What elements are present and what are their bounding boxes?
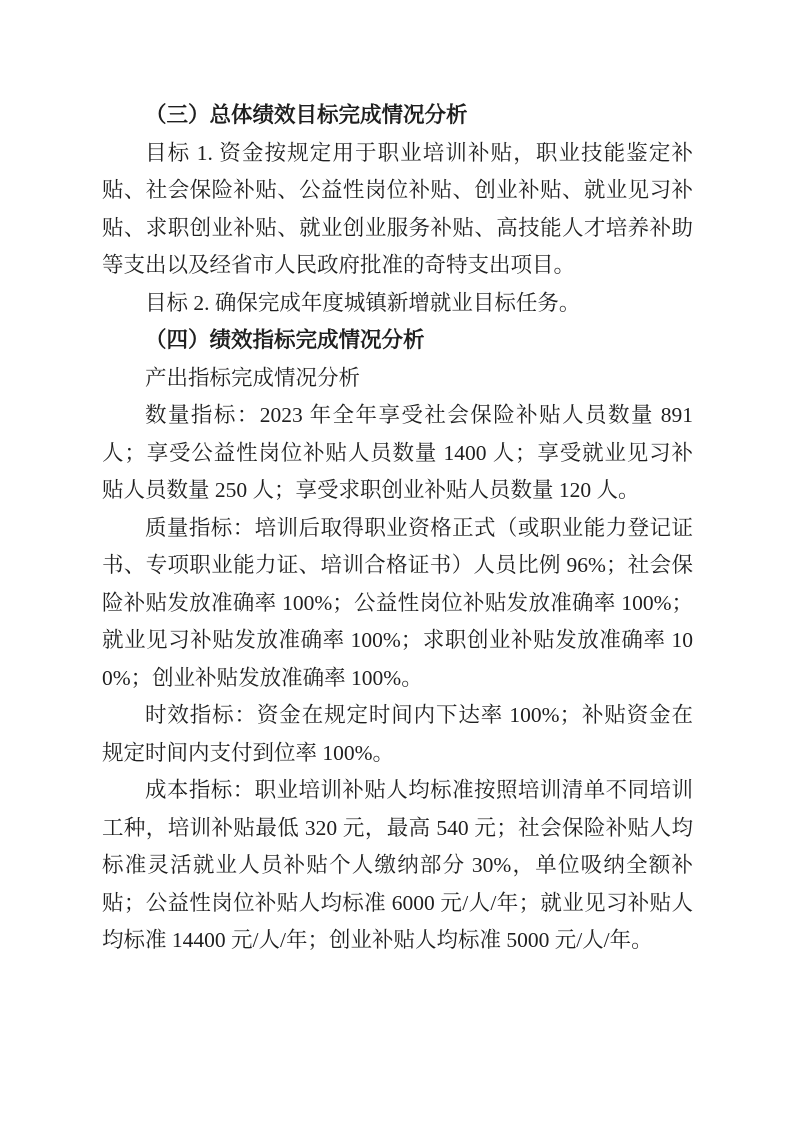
section-heading-overall-performance-goal-analysis: （三）总体绩效目标完成情况分析 — [102, 97, 693, 135]
section-heading-performance-indicator-analysis: （四）绩效指标完成情况分析 — [102, 322, 693, 360]
paragraph-goal-1: 目标 1. 资金按规定用于职业培训补贴，职业技能鉴定补贴、社会保险补贴、公益性岗… — [102, 135, 693, 285]
paragraph-timeliness-indicator: 时效指标：资金在规定时间内下达率 100%；补贴资金在规定时间内支付到位率 10… — [102, 697, 693, 772]
paragraph-quantity-indicator: 数量指标：2023 年全年享受社会保险补贴人员数量 891 人；享受公益性岗位补… — [102, 397, 693, 510]
paragraph-output-indicator-title: 产出指标完成情况分析 — [102, 360, 693, 398]
document-page: （三）总体绩效目标完成情况分析 目标 1. 资金按规定用于职业培训补贴，职业技能… — [0, 0, 793, 1122]
paragraph-cost-indicator: 成本指标：职业培训补贴人均标准按照培训清单不同培训工种，培训补贴最低 320 元… — [102, 772, 693, 960]
paragraph-goal-2: 目标 2. 确保完成年度城镇新增就业目标任务。 — [102, 285, 693, 323]
paragraph-quality-indicator: 质量指标：培训后取得职业资格正式（或职业能力登记证书、专项职业能力证、培训合格证… — [102, 510, 693, 698]
